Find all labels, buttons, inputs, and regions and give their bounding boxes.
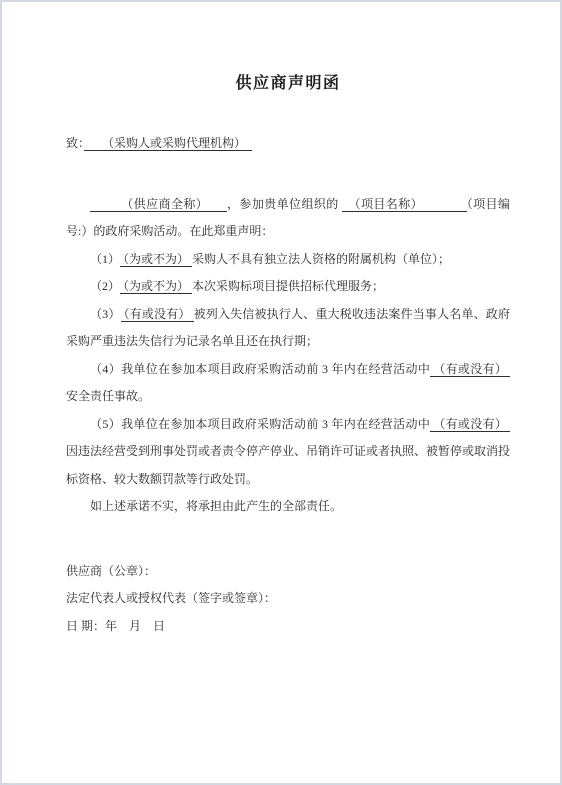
item-4-choice-blank-field: （有或没有） (430, 362, 510, 377)
declaration-item-2: （2）（为或不为）本次采购标项目提供招标代理服务； (66, 273, 510, 301)
item-1-number: （1） (90, 252, 120, 266)
supplier-seal-line: 供应商（公章）： (66, 558, 510, 586)
legal-representative-line: 法定代表人或授权代表（签字或签章）： (66, 585, 510, 613)
item-2-number: （2） (90, 279, 120, 293)
item-1-after-text: 采购人不具有独立法人资格的附属机构（单位）； (192, 252, 450, 266)
item-4-before-text: 我单位在参加本项目政府采购活动前 3 年内在经营活动中 (121, 362, 430, 376)
item-3-number: （3） (90, 307, 121, 321)
supplier-name-blank-field: （供应商全称） (90, 197, 227, 212)
salutation-label: 致： (66, 136, 84, 150)
salutation-line: 致： （采购人或采购代理机构） (66, 130, 510, 158)
intro-middle-text: ，参加贵单位组织的 (227, 197, 342, 211)
date-line: 日 期：年 月 日 (66, 613, 510, 641)
declaration-item-4: （4）我单位在参加本项目政府采购活动前 3 年内在经营活动中（有或没有）安全责任… (66, 356, 510, 411)
declaration-item-5: （5）我单位在参加本项目政府采购活动前 3 年内在经营活动中（有或没有）因违法经… (66, 411, 510, 494)
recipient-blank-field: （采购人或采购代理机构） (84, 136, 252, 151)
intro-paragraph: （供应商全称） ，参加贵单位组织的 （项目名称） （项目编号:）的政府采购活动。… (66, 191, 510, 246)
item-4-number: （4） (90, 362, 121, 376)
declaration-item-3: （3）（有或没有）被列入失信被执行人、重大税收违法案件当事人名单、政府采购严重违… (66, 301, 510, 356)
signature-block: 供应商（公章）： 法定代表人或授权代表（签字或签章）： 日 期：年 月 日 (66, 558, 510, 641)
document-title: 供应商声明函 (66, 73, 510, 95)
item-3-choice-blank-field: （有或没有） (121, 307, 194, 322)
item-4-after-text: 安全责任事故。 (66, 389, 150, 403)
item-5-choice-blank-field: （有或没有） (430, 417, 510, 432)
item-5-before-text: 我单位在参加本项目政府采购活动前 3 年内在经营活动中 (121, 417, 430, 431)
declaration-item-1: （1）（为或不为）采购人不具有独立法人资格的附属机构（单位）； (66, 246, 510, 274)
project-name-blank-field: （项目名称） (342, 197, 467, 212)
item-5-after-text: 因违法经营受到刑事处罚或者责令停产停业、吊销许可证或者执照、被暂停或取消投标资格… (66, 444, 510, 486)
document-page: 供应商声明函 致： （采购人或采购代理机构） （供应商全称） ，参加贵单位组织的… (0, 0, 562, 785)
item-2-after-text: 本次采购标项目提供招标代理服务； (192, 279, 384, 293)
item-2-choice-blank-field: （为或不为） (120, 279, 192, 294)
item-1-choice-blank-field: （为或不为） (120, 252, 192, 267)
item-5-number: （5） (90, 417, 121, 431)
closing-statement: 如上述承诺不实，将承担由此产生的全部责任。 (66, 493, 510, 521)
